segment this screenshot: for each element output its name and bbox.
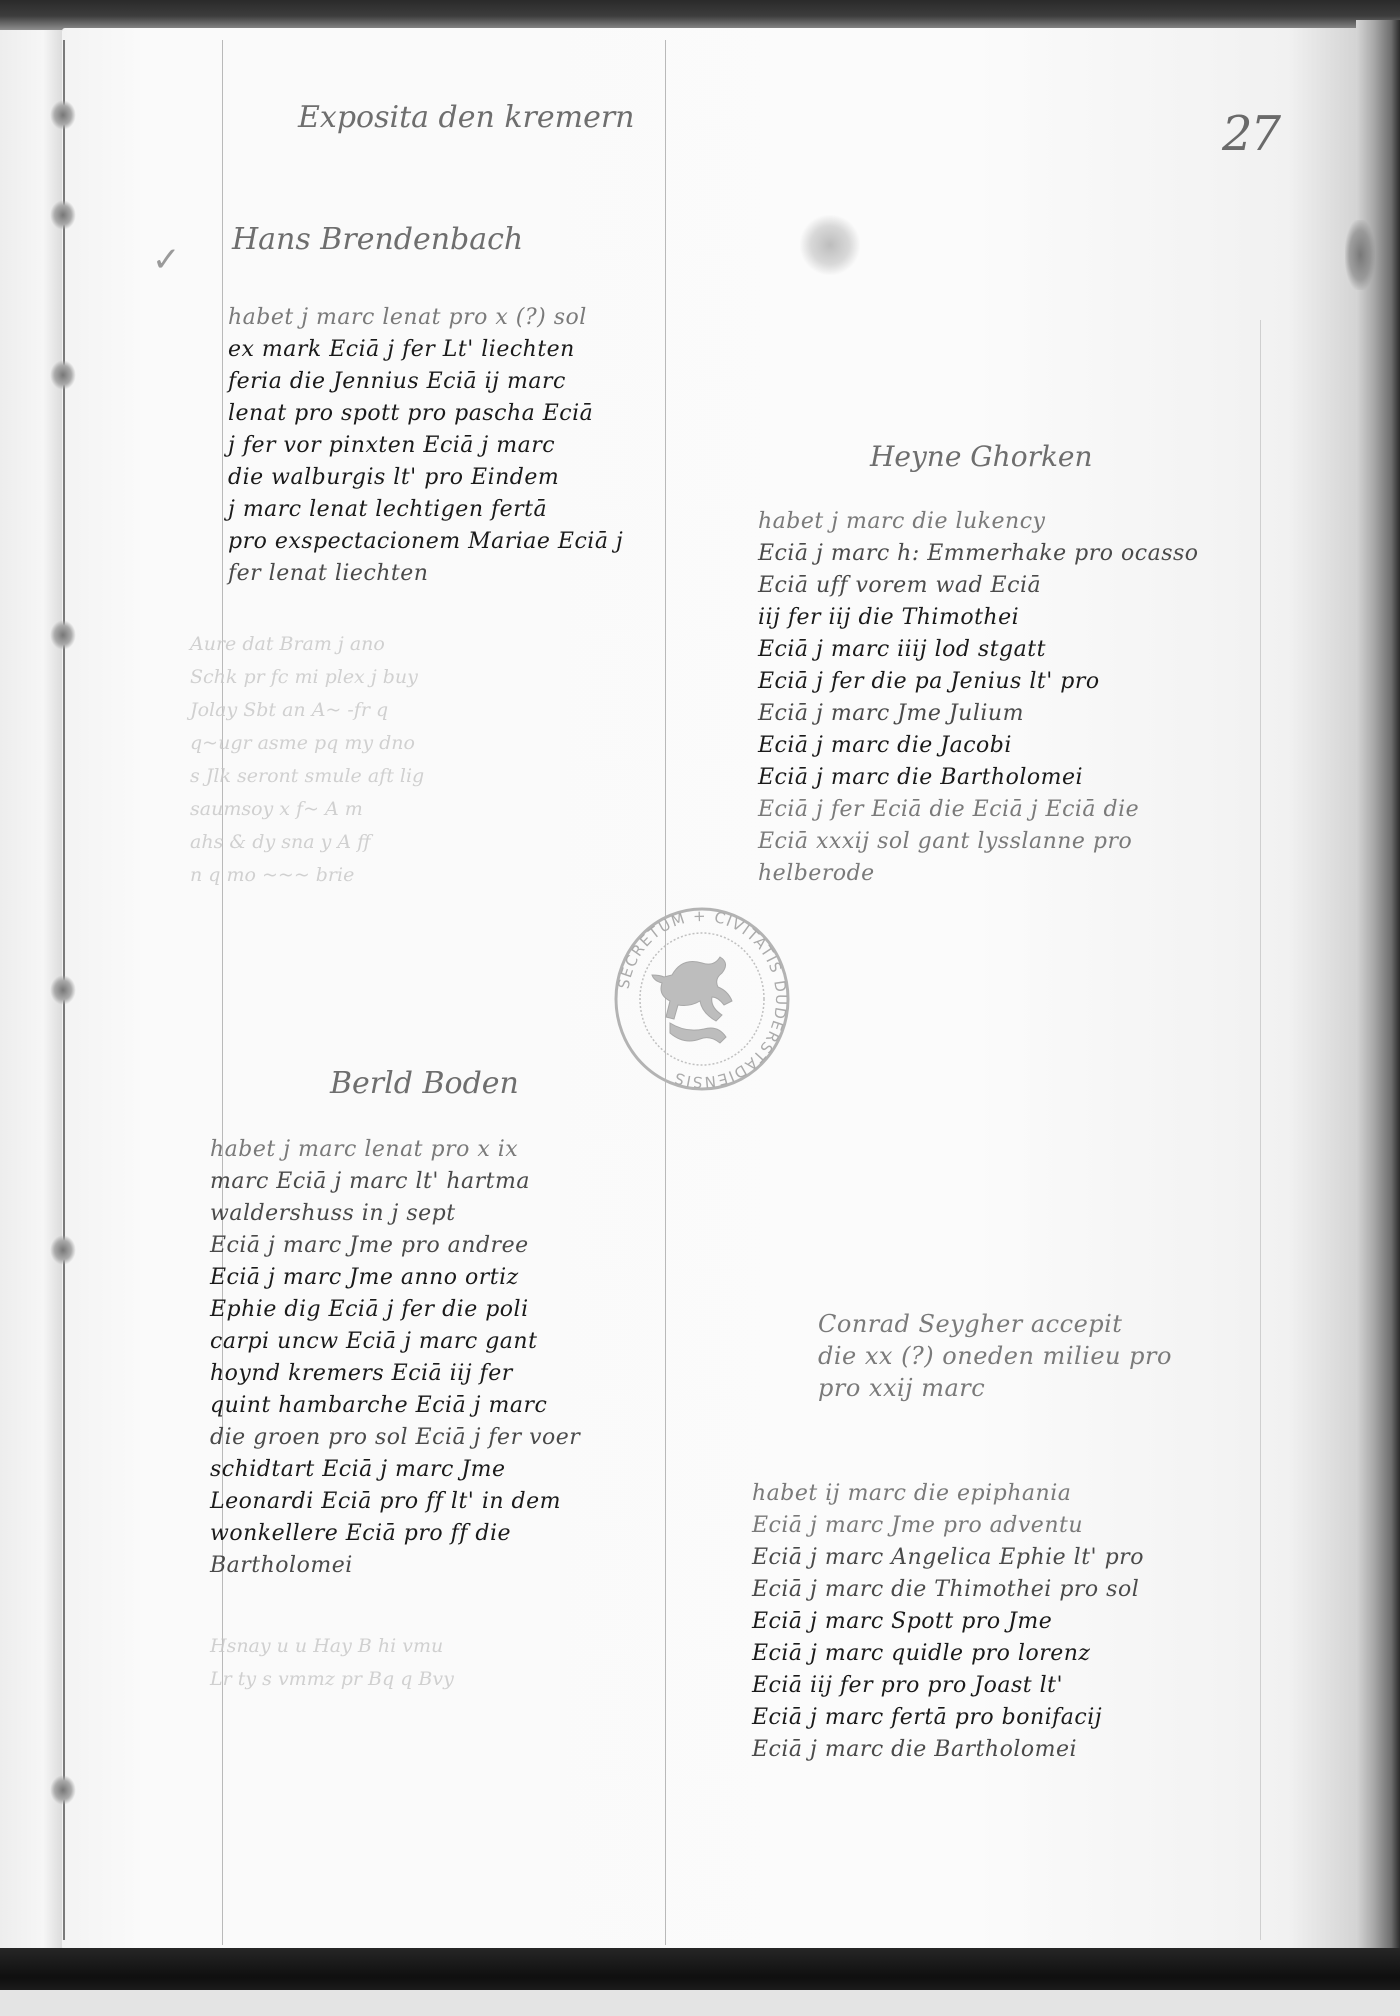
entry-line: habet j marc lenat pro x (?) sol bbox=[228, 302, 623, 334]
entry-line: Eciā j marc h: Emmerhake pro ocasso bbox=[758, 538, 1199, 570]
entry-line: Eciā j marc Jme anno ortiz bbox=[210, 1262, 580, 1294]
entry-line: die groen pro sol Eciā j fer voer bbox=[210, 1422, 580, 1454]
entry-line: lenat pro spott pro pascha Eciā bbox=[228, 398, 623, 430]
entry-line: Eciā j marc Angelica Ephie lt' pro bbox=[752, 1542, 1144, 1574]
entry-line: Eciā j marc die Jacobi bbox=[758, 730, 1199, 762]
page-heading: Exposita den kremern bbox=[298, 100, 635, 135]
ruling-line-right bbox=[1260, 320, 1261, 1940]
entry-line: Bartholomei bbox=[210, 1550, 580, 1582]
entry-line: wonkellere Eciā pro ff die bbox=[210, 1518, 580, 1550]
entry-title-line: die xx (?) oneden milieu pro bbox=[818, 1340, 1172, 1372]
entry-block-hans-brendenbach: habet j marc lenat pro x (?) sol ex mark… bbox=[228, 302, 623, 590]
entry-line: j marc lenat lechtigen fertā bbox=[228, 494, 623, 526]
binding-stitch bbox=[50, 1235, 76, 1265]
entry-line: feria die Jennius Eciā ij marc bbox=[228, 366, 623, 398]
entry-title-block-conrad-seygher: Conrad Seygher accepit die xx (?) oneden… bbox=[818, 1308, 1172, 1404]
entry-line: habet j marc lenat pro x ix bbox=[210, 1134, 580, 1166]
entry-line: Leonardi Eciā pro ff lt' in dem bbox=[210, 1486, 580, 1518]
entry-line: iij fer iij die Thimothei bbox=[758, 602, 1199, 634]
folio-number: 27 bbox=[1222, 106, 1279, 162]
entry-block-conrad-seygher: habet ij marc die epiphania Eciā j marc … bbox=[752, 1478, 1144, 1766]
binding-stitch bbox=[50, 620, 76, 650]
binding-stitch bbox=[50, 200, 76, 230]
entry-line: Eciā j marc quidle pro lorenz bbox=[752, 1638, 1144, 1670]
entry-line: Eciā xxxij sol gant lysslanne pro bbox=[758, 826, 1199, 858]
entry-line: Eciā j fer die pa Jenius lt' pro bbox=[758, 666, 1199, 698]
entry-line: Eciā j fer Eciā die Eciā j Eciā die bbox=[758, 794, 1199, 826]
city-seal-stamp: SECRETUM + CIVITATIS DUDERSTADIENSIS bbox=[612, 905, 792, 1093]
entry-line: die walburgis lt' pro Eindem bbox=[228, 462, 623, 494]
entry-line: waldershuss in j sept bbox=[210, 1198, 580, 1230]
right-page-edge-shadow bbox=[1356, 20, 1400, 1980]
binding-stitch bbox=[50, 975, 76, 1005]
entry-title: Berld Boden bbox=[330, 1066, 519, 1101]
entry-line: Eciā j marc die Bartholomei bbox=[752, 1734, 1144, 1766]
entry-line: Eciā j marc fertā pro bonifacij bbox=[752, 1702, 1144, 1734]
entry-line: Eciā j marc Jme pro adventu bbox=[752, 1510, 1144, 1542]
entry-title: Heyne Ghorken bbox=[870, 440, 1093, 473]
entry-title: Hans Brendenbach bbox=[232, 222, 523, 257]
entry-line: quint hambarche Eciā j marc bbox=[210, 1390, 580, 1422]
binding-stitch bbox=[50, 100, 76, 130]
bleed-through-text: Hsnay u u Hay B hi vmu Lr ty s vmmz pr B… bbox=[210, 1630, 454, 1696]
entry-line: ex mark Eciā j fer Lt' liechten bbox=[228, 334, 623, 366]
entry-line: pro exspectacionem Mariae Eciā j bbox=[228, 526, 623, 558]
entry-block-berld-boden: habet j marc lenat pro x ix marc Eciā j … bbox=[210, 1134, 580, 1582]
entry-line: hoynd kremers Eciā iij fer bbox=[210, 1358, 580, 1390]
binding-stitch bbox=[50, 360, 76, 390]
entry-line: Eciā uff vorem wad Eciā bbox=[758, 570, 1199, 602]
entry-line: Ephie dig Eciā j fer die poli bbox=[210, 1294, 580, 1326]
entry-line: fer lenat liechten bbox=[228, 558, 623, 590]
entry-title-line: pro xxij marc bbox=[818, 1372, 1172, 1404]
entry-line: Eciā j marc die Bartholomei bbox=[758, 762, 1199, 794]
entry-line: j fer vor pinxten Eciā j marc bbox=[228, 430, 623, 462]
entry-line: habet ij marc die epiphania bbox=[752, 1478, 1144, 1510]
bleed-through-text: Aure dat Bram j ano Schk pr fc mi plex j… bbox=[190, 628, 424, 892]
binding-stitch bbox=[50, 1775, 76, 1805]
entry-title: Conrad Seygher accepit bbox=[818, 1308, 1172, 1340]
entry-line: Eciā j marc iiij lod stgatt bbox=[758, 634, 1199, 666]
entry-line: carpi uncw Eciā j marc gant bbox=[210, 1326, 580, 1358]
edge-stain bbox=[1345, 220, 1375, 290]
entry-line: habet j marc die lukency bbox=[758, 506, 1199, 538]
entry-line: Eciā j marc Jme pro andree bbox=[210, 1230, 580, 1262]
entry-line: Eciā iij fer pro pro Joast lt' bbox=[752, 1670, 1144, 1702]
margin-check-mark: ✓ bbox=[152, 240, 181, 280]
entry-line: Eciā j marc Jme Julium bbox=[758, 698, 1199, 730]
lion-rampant-icon bbox=[652, 957, 732, 1043]
ink-smudge bbox=[800, 215, 860, 275]
entry-line: marc Eciā j marc lt' hartma bbox=[210, 1166, 580, 1198]
entry-line: Eciā j marc die Thimothei pro sol bbox=[752, 1574, 1144, 1606]
entry-line: schidtart Eciā j marc Jme bbox=[210, 1454, 580, 1486]
entry-block-heyne-ghorken: habet j marc die lukency Eciā j marc h: … bbox=[758, 506, 1199, 890]
scan-bed-strip bbox=[0, 1990, 1400, 2016]
bottom-binding-shadow bbox=[0, 1948, 1400, 1990]
entry-line: Eciā j marc Spott pro Jme bbox=[752, 1606, 1144, 1638]
entry-line: helberode bbox=[758, 858, 1199, 890]
